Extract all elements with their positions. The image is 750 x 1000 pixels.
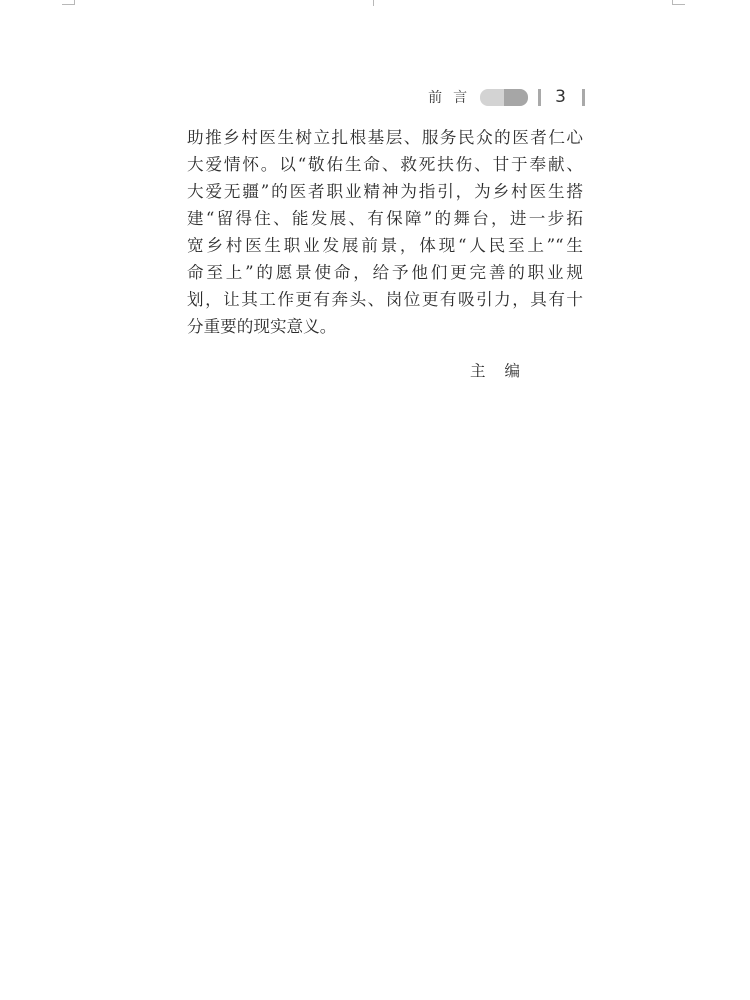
page-number: 3 bbox=[555, 87, 566, 107]
text-line: 助推乡村医生树立扎根基层、服务民众的医者仁心 bbox=[187, 124, 583, 151]
text-line: 分重要的现实意义。 bbox=[187, 313, 583, 340]
text-line: 大爱情怀。以“敬佑生命、救死扶伤、甘于奉献、 bbox=[187, 151, 583, 178]
pill-dark-half bbox=[504, 89, 528, 106]
text-line: 划，让其工作更有奔头、岗位更有吸引力，具有十 bbox=[187, 286, 583, 313]
text-line: 大爱无疆”的医者职业精神为指引，为乡村医生搭 bbox=[187, 178, 583, 205]
header-end-bar bbox=[582, 89, 585, 106]
text-line: 宽乡村医生职业发展前景，体现“人民至上”“生 bbox=[187, 232, 583, 259]
header-pill-decoration bbox=[480, 89, 528, 106]
section-title: 前言 bbox=[428, 87, 478, 107]
crop-mark-top-right bbox=[672, 0, 685, 5]
signature: 主编 bbox=[470, 359, 539, 381]
text-line: 命至上”的愿景使命，给予他们更完善的职业规 bbox=[187, 259, 583, 286]
text-line: 建“留得住、能发展、有保障”的舞台，进一步拓 bbox=[187, 205, 583, 232]
crop-mark-top-left bbox=[62, 0, 75, 5]
running-head: 前言 3 bbox=[428, 86, 585, 108]
header-divider-bar bbox=[538, 89, 541, 106]
body-paragraph: 助推乡村医生树立扎根基层、服务民众的医者仁心 大爱情怀。以“敬佑生命、救死扶伤、… bbox=[187, 124, 583, 340]
pill-light-half bbox=[480, 89, 504, 106]
crop-mark-top-center bbox=[373, 0, 374, 6]
